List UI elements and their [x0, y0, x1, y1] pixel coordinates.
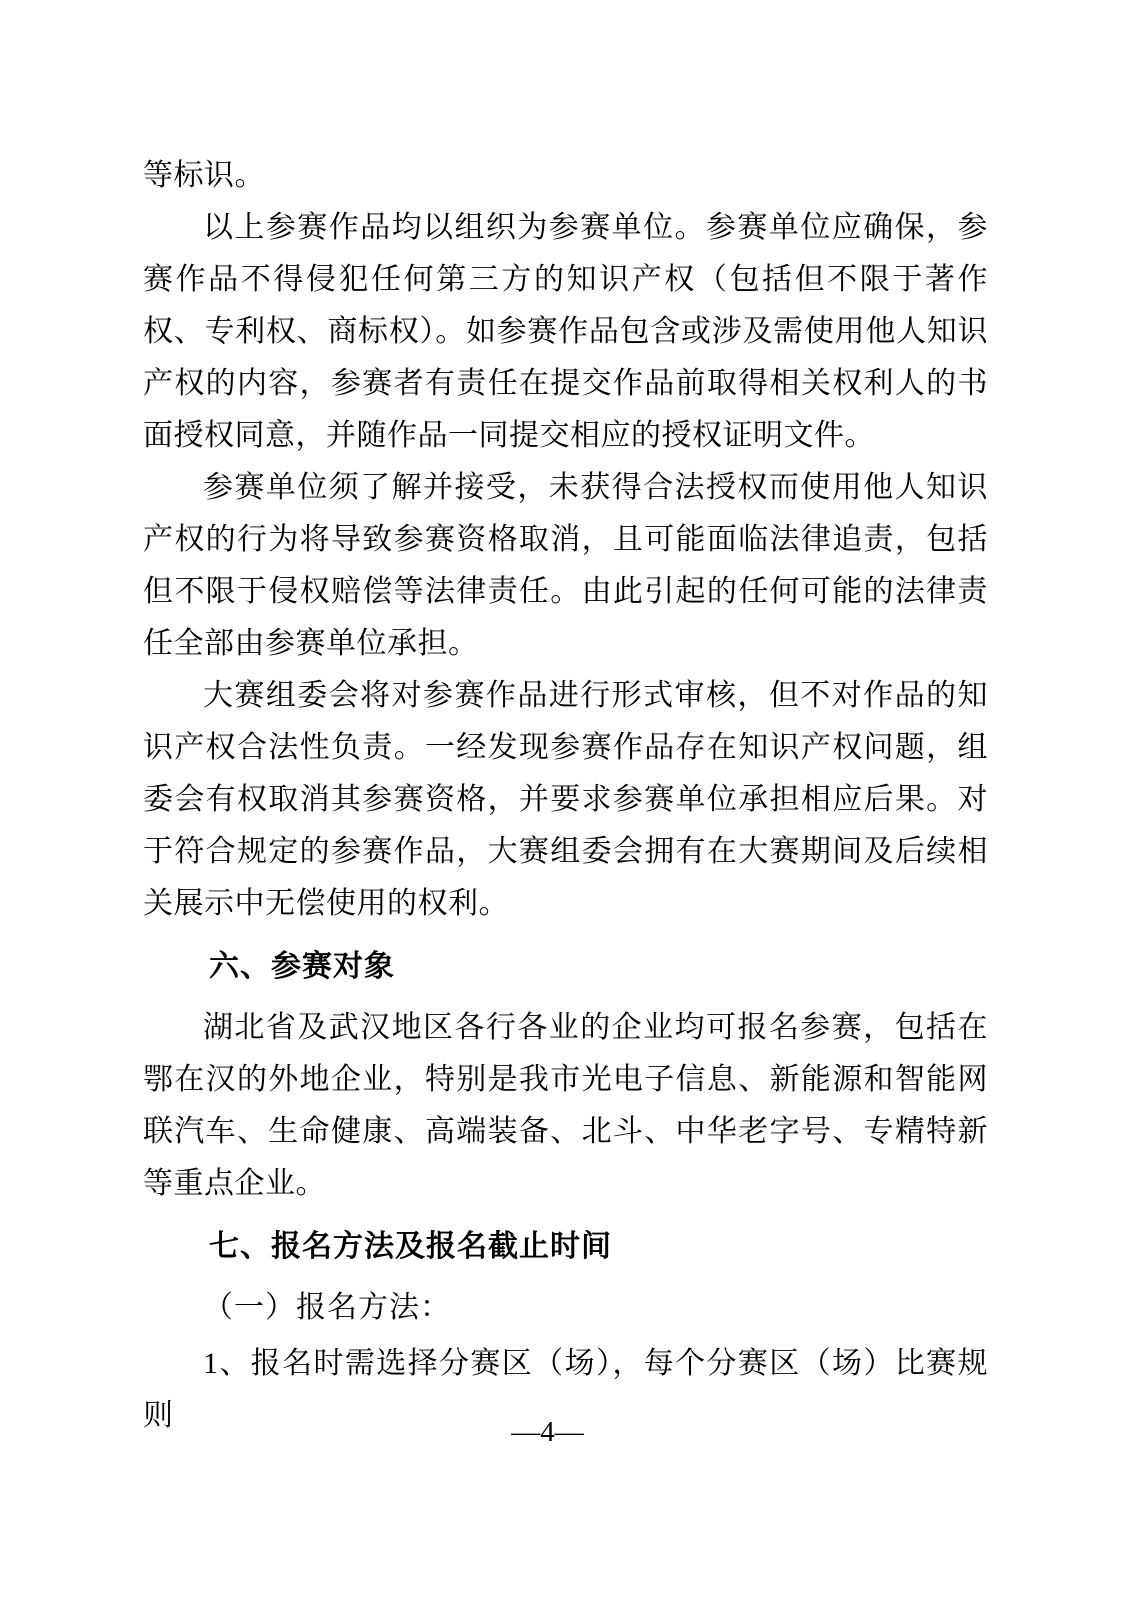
section-heading-registration: 七、报名方法及报名截止时间 — [143, 1221, 988, 1273]
subsection-label-registration-method: （一）报名方法： — [143, 1282, 988, 1334]
section-heading-participants: 六、参赛对象 — [143, 941, 988, 993]
paragraph-committee-review: 大赛组委会将对参赛作品进行形式审核，但不对作品的知识产权合法性负责。一经发现参赛… — [143, 670, 988, 930]
paragraph-legal-liability: 参赛单位须了解并接受，未获得合法授权而使用他人知识产权的行为将导致参赛资格取消，… — [143, 462, 988, 670]
document-page: 等标识。 以上参赛作品均以组织为参赛单位。参赛单位应确保，参赛作品不得侵犯任何第… — [0, 0, 1131, 1600]
paragraph-continuation: 等标识。 — [143, 150, 988, 202]
paragraph-eligible-enterprises: 湖北省及武汉地区各行各业的企业均可报名参赛，包括在鄂在汉的外地企业，特别是我市光… — [143, 1002, 988, 1210]
page-number: —4— — [0, 1416, 1095, 1449]
document-body: 等标识。 以上参赛作品均以组织为参赛单位。参赛单位应确保，参赛作品不得侵犯任何第… — [143, 150, 988, 1442]
paragraph-ip-ownership: 以上参赛作品均以组织为参赛单位。参赛单位应确保，参赛作品不得侵犯任何第三方的知识… — [143, 202, 988, 462]
